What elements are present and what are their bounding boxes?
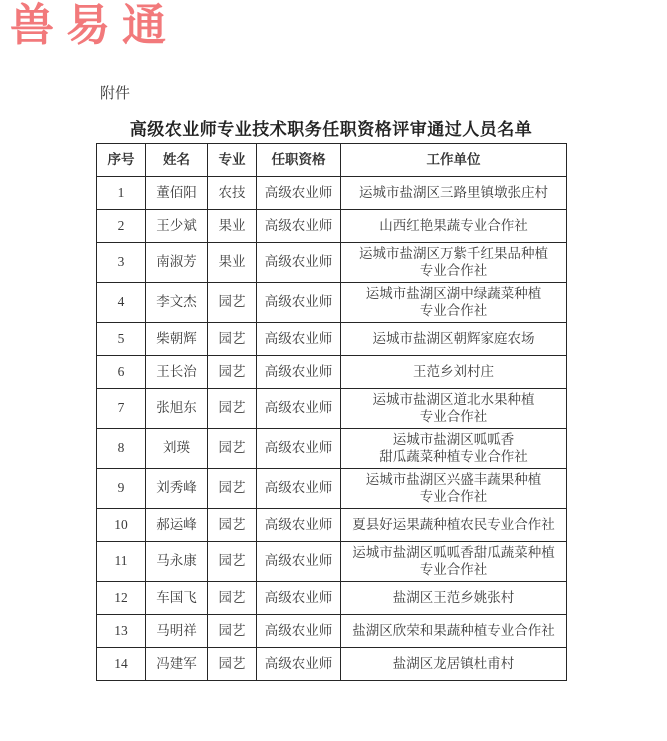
cell-name: 王少斌 [146, 210, 208, 243]
cell-no: 5 [97, 323, 146, 356]
table-row: 8刘瑛园艺高级农业师运城市盐湖区呱呱香 甜瓜蔬菜种植专业合作社 [97, 429, 567, 469]
cell-no: 3 [97, 243, 146, 283]
cell-no: 10 [97, 509, 146, 542]
cell-name: 马永康 [146, 542, 208, 582]
cell-major: 园艺 [208, 509, 257, 542]
col-header-major: 专业 [208, 144, 257, 177]
col-header-name: 姓名 [146, 144, 208, 177]
cell-name: 车国飞 [146, 582, 208, 615]
table-row: 1董佰阳农技高级农业师运城市盐湖区三路里镇墩张庄村 [97, 177, 567, 210]
cell-qualification: 高级农业师 [257, 283, 341, 323]
cell-qualification: 高级农业师 [257, 429, 341, 469]
table-row: 6王长治园艺高级农业师王范乡刘村庄 [97, 356, 567, 389]
cell-major: 园艺 [208, 469, 257, 509]
cell-qualification: 高级农业师 [257, 177, 341, 210]
cell-qualification: 高级农业师 [257, 323, 341, 356]
cell-major: 果业 [208, 243, 257, 283]
cell-no: 12 [97, 582, 146, 615]
cell-work-unit: 运城市盐湖区湖中绿蔬菜种植 专业合作社 [341, 283, 567, 323]
cell-no: 6 [97, 356, 146, 389]
cell-work-unit: 运城市盐湖区兴盛丰蔬果种植 专业合作社 [341, 469, 567, 509]
cell-work-unit: 运城市盐湖区万紫千红果品种植 专业合作社 [341, 243, 567, 283]
cell-name: 南淑芳 [146, 243, 208, 283]
cell-qualification: 高级农业师 [257, 389, 341, 429]
cell-qualification: 高级农业师 [257, 243, 341, 283]
page-title: 高级农业师专业技术职务任职资格评审通过人员名单 [96, 115, 566, 140]
table-row: 11马永康园艺高级农业师运城市盐湖区呱呱香甜瓜蔬菜种植 专业合作社 [97, 542, 567, 582]
table-row: 7张旭东园艺高级农业师运城市盐湖区道北水果种植 专业合作社 [97, 389, 567, 429]
cell-name: 张旭东 [146, 389, 208, 429]
cell-qualification: 高级农业师 [257, 648, 341, 681]
cell-work-unit: 运城市盐湖区呱呱香 甜瓜蔬菜种植专业合作社 [341, 429, 567, 469]
cell-qualification: 高级农业师 [257, 542, 341, 582]
cell-no: 14 [97, 648, 146, 681]
table-row: 13马明祥园艺高级农业师盐湖区欣荣和果蔬种植专业合作社 [97, 615, 567, 648]
cell-no: 8 [97, 429, 146, 469]
cell-name: 董佰阳 [146, 177, 208, 210]
table-row: 4李文杰园艺高级农业师运城市盐湖区湖中绿蔬菜种植 专业合作社 [97, 283, 567, 323]
cell-name: 郝运峰 [146, 509, 208, 542]
cell-major: 园艺 [208, 356, 257, 389]
table-body: 1董佰阳农技高级农业师运城市盐湖区三路里镇墩张庄村2王少斌果业高级农业师山西红艳… [97, 177, 567, 681]
cell-no: 11 [97, 542, 146, 582]
cell-qualification: 高级农业师 [257, 356, 341, 389]
cell-work-unit: 运城市盐湖区朝辉家庭农场 [341, 323, 567, 356]
cell-major: 园艺 [208, 542, 257, 582]
cell-qualification: 高级农业师 [257, 210, 341, 243]
cell-work-unit: 山西红艳果蔬专业合作社 [341, 210, 567, 243]
table-row: 2王少斌果业高级农业师山西红艳果蔬专业合作社 [97, 210, 567, 243]
cell-major: 园艺 [208, 389, 257, 429]
col-header-no: 序号 [97, 144, 146, 177]
table-header-row: 序号 姓名 专业 任职资格 工作单位 [97, 144, 567, 177]
cell-name: 冯建军 [146, 648, 208, 681]
cell-major: 园艺 [208, 648, 257, 681]
cell-name: 马明祥 [146, 615, 208, 648]
cell-name: 刘秀峰 [146, 469, 208, 509]
table-row: 12车国飞园艺高级农业师盐湖区王范乡姚张村 [97, 582, 567, 615]
table-row: 3南淑芳果业高级农业师运城市盐湖区万紫千红果品种植 专业合作社 [97, 243, 567, 283]
cell-major: 农技 [208, 177, 257, 210]
cell-major: 园艺 [208, 429, 257, 469]
table-row: 5柴朝辉园艺高级农业师运城市盐湖区朝辉家庭农场 [97, 323, 567, 356]
col-header-qualification: 任职资格 [257, 144, 341, 177]
cell-qualification: 高级农业师 [257, 509, 341, 542]
cell-no: 4 [97, 283, 146, 323]
cell-no: 2 [97, 210, 146, 243]
cell-name: 刘瑛 [146, 429, 208, 469]
cell-major: 果业 [208, 210, 257, 243]
cell-name: 王长治 [146, 356, 208, 389]
cell-no: 1 [97, 177, 146, 210]
cell-qualification: 高级农业师 [257, 582, 341, 615]
cell-work-unit: 盐湖区王范乡姚张村 [341, 582, 567, 615]
col-header-work-unit: 工作单位 [341, 144, 567, 177]
cell-work-unit: 盐湖区欣荣和果蔬种植专业合作社 [341, 615, 567, 648]
cell-major: 园艺 [208, 323, 257, 356]
cell-qualification: 高级农业师 [257, 615, 341, 648]
cell-no: 7 [97, 389, 146, 429]
cell-work-unit: 盐湖区龙居镇杜甫村 [341, 648, 567, 681]
cell-work-unit: 运城市盐湖区呱呱香甜瓜蔬菜种植 专业合作社 [341, 542, 567, 582]
cell-name: 柴朝辉 [146, 323, 208, 356]
personnel-table: 序号 姓名 专业 任职资格 工作单位 1董佰阳农技高级农业师运城市盐湖区三路里镇… [96, 143, 567, 681]
cell-qualification: 高级农业师 [257, 469, 341, 509]
site-logo: 兽易通 [10, 0, 178, 52]
cell-no: 9 [97, 469, 146, 509]
cell-major: 园艺 [208, 283, 257, 323]
attachment-label: 附件 [100, 82, 130, 103]
cell-major: 园艺 [208, 582, 257, 615]
cell-work-unit: 夏县好运果蔬种植农民专业合作社 [341, 509, 567, 542]
table-row: 9刘秀峰园艺高级农业师运城市盐湖区兴盛丰蔬果种植 专业合作社 [97, 469, 567, 509]
table-row: 14冯建军园艺高级农业师盐湖区龙居镇杜甫村 [97, 648, 567, 681]
cell-no: 13 [97, 615, 146, 648]
cell-work-unit: 运城市盐湖区道北水果种植 专业合作社 [341, 389, 567, 429]
cell-work-unit: 运城市盐湖区三路里镇墩张庄村 [341, 177, 567, 210]
cell-work-unit: 王范乡刘村庄 [341, 356, 567, 389]
cell-major: 园艺 [208, 615, 257, 648]
cell-name: 李文杰 [146, 283, 208, 323]
table-row: 10郝运峰园艺高级农业师夏县好运果蔬种植农民专业合作社 [97, 509, 567, 542]
